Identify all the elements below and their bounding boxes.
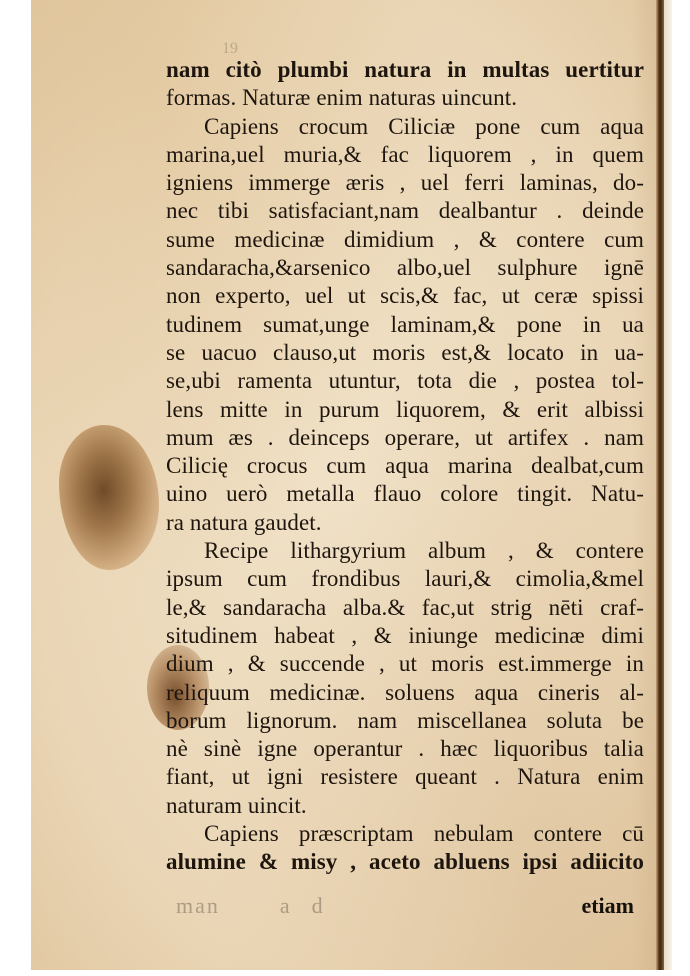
text-line: mum æs . deinceps operare, ut artifex . … <box>166 424 644 452</box>
text-line: marina,uel muria,& fac liquorem , in que… <box>166 141 644 169</box>
text-line: situdinem habeat , & iniunge medicinæ di… <box>166 622 644 650</box>
signature-ghost-3: d <box>312 893 325 918</box>
text-line: ipsum cum frondibus lauri,& cimolia,&mel <box>166 565 644 593</box>
text-line: igniens immerge æris , uel ferri laminas… <box>166 169 644 197</box>
text-line: non experto, uel ut scis,& fac, ut ceræ … <box>166 282 644 310</box>
text-line: alumine & misy , aceto abluens ipsi adii… <box>166 848 644 876</box>
text-line: Capiens præscriptam nebulam contere cū <box>166 820 644 848</box>
binding-spine <box>656 0 664 970</box>
text-line: nec tibi satisfaciant,nam dealbantur . d… <box>166 197 644 225</box>
page-canvas: 19 nam citò plumbi natura in multas uert… <box>0 0 690 976</box>
text-line: naturam uincit. <box>166 792 644 820</box>
text-line: Recipe lithargyrium album , & contere <box>166 537 644 565</box>
signature-mark-bleedthrough: manad <box>176 893 325 919</box>
text-line: sandaracha,&arsenico albo,uel sulphure i… <box>166 254 644 282</box>
text-line: se,ubi ramenta utuntur, tota die , poste… <box>166 367 644 395</box>
footer-row: manad etiam <box>166 893 644 923</box>
text-line: tudinem sumat,unge laminam,& pone in ua <box>166 311 644 339</box>
signature-ghost-1: man <box>176 893 220 918</box>
catchword: etiam <box>581 893 634 919</box>
text-line: Cilicię crocus cum aqua marina dealbat,c… <box>166 452 644 480</box>
water-stain-large <box>59 425 159 570</box>
text-line: formas. Naturæ enim naturas uincunt. <box>166 84 644 112</box>
text-line: reliquum medicinæ. soluens aqua cineris … <box>166 679 644 707</box>
signature-ghost-2: a <box>280 893 292 918</box>
text-line: le,& sandaracha alba.& fac,ut strig nēti… <box>166 594 644 622</box>
binding-edge <box>664 0 672 970</box>
text-line: nè sinè igne operantur . hæc liquoribus … <box>166 735 644 763</box>
text-line: se uacuo clauso,ut moris est,& locato in… <box>166 339 644 367</box>
text-line: dium , & succende , ut moris est.immerge… <box>166 650 644 678</box>
text-line: uino uerò metalla flauo colore tingit. N… <box>166 480 644 508</box>
body-text: nam citò plumbi natura in multas uertitu… <box>166 56 644 877</box>
text-line: nam citò plumbi natura in multas uertitu… <box>166 56 644 84</box>
text-line: ra natura gaudet. <box>166 509 644 537</box>
text-line: Capiens crocum Ciliciæ pone cum aqua <box>166 113 644 141</box>
text-line: lens mitte in purum liquorem, & erit alb… <box>166 396 644 424</box>
text-line: borum lignorum. nam miscellanea soluta b… <box>166 707 644 735</box>
text-line: sume medicinæ dimidium , & contere cum <box>166 226 644 254</box>
text-line: fiant, ut igni resistere queant . Natura… <box>166 763 644 791</box>
